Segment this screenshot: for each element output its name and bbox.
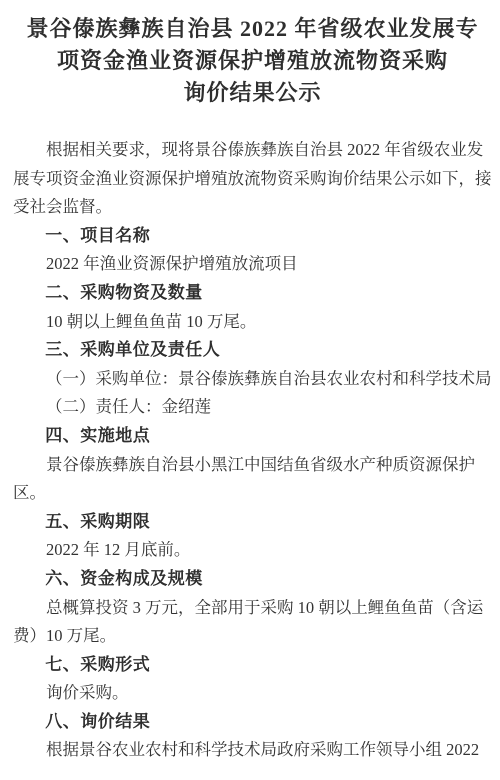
paragraph-line: 景谷傣族彝族自治县小黑江中国结鱼省级水产种质资源保护	[13, 451, 492, 480]
paragraph-line: 区。	[13, 479, 492, 508]
document-body: 根据相关要求，现将景谷傣族彝族自治县 2022 年省级农业发 展专项资金渔业资源…	[13, 136, 492, 765]
document-page: 景谷傣族彝族自治县 2022 年省级农业发展专 项资金渔业资源保护增殖放流物资采…	[0, 0, 500, 780]
paragraph-line: 2022 年渔业资源保护增殖放流项目	[13, 250, 492, 279]
section-heading: 六、资金构成及规模	[13, 565, 492, 594]
paragraph-line: 10 朝以上鲤鱼鱼苗 10 万尾。	[13, 308, 492, 337]
section-heading: 四、实施地点	[13, 422, 492, 451]
document-title: 景谷傣族彝族自治县 2022 年省级农业发展专 项资金渔业资源保护增殖放流物资采…	[13, 13, 492, 109]
paragraph-line: 费）10 万尾。	[13, 622, 492, 651]
section-heading: 一、项目名称	[13, 222, 492, 251]
title-line: 询价结果公示	[13, 77, 492, 109]
section-heading: 八、询价结果	[13, 708, 492, 737]
section-heading: 三、采购单位及责任人	[13, 336, 492, 365]
title-line: 项资金渔业资源保护增殖放流物资采购	[13, 45, 492, 77]
paragraph-line: 2022 年 12 月底前。	[13, 536, 492, 565]
paragraph-line: 根据相关要求，现将景谷傣族彝族自治县 2022 年省级农业发	[13, 136, 492, 165]
paragraph-line: 根据景谷农业农村和科学技术局政府采购工作领导小组 2022	[13, 736, 492, 765]
section-heading: 七、采购形式	[13, 651, 492, 680]
paragraph-line: 询价采购。	[13, 679, 492, 708]
paragraph-line: （一）采购单位：景谷傣族彝族自治县农业农村和科学技术局	[13, 365, 492, 394]
paragraph-line: 受社会监督。	[13, 193, 492, 222]
title-line: 景谷傣族彝族自治县 2022 年省级农业发展专	[13, 13, 492, 45]
section-heading: 五、采购期限	[13, 508, 492, 537]
paragraph-line: （二）责任人：金绍莲	[13, 393, 492, 422]
paragraph-line: 总概算投资 3 万元，全部用于采购 10 朝以上鲤鱼鱼苗（含运	[13, 594, 492, 623]
section-heading: 二、采购物资及数量	[13, 279, 492, 308]
paragraph-line: 展专项资金渔业资源保护增殖放流物资采购询价结果公示如下，接	[13, 165, 492, 194]
